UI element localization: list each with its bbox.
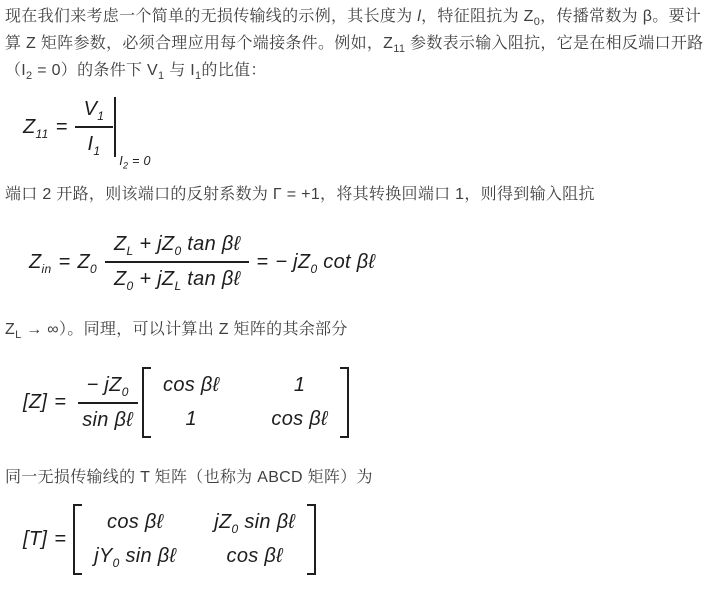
eq4-left-bracket — [73, 504, 82, 575]
eq2-lhs: Zin — [29, 250, 51, 275]
eq3-left-bracket — [142, 367, 151, 438]
eq4-matrix-cells: cos βℓ jZ0 sin βℓ jY0 sin βℓ cos βℓ — [82, 504, 307, 575]
eq3-numerator: − jZ0 — [78, 373, 138, 404]
eq2-denominator: Z0 + jZL tan βℓ — [105, 263, 249, 292]
equation-z11: Z11 = V1 I1 I2 = 0 — [23, 97, 714, 157]
eq2-equals-sign-b: = — [256, 250, 268, 275]
eq1-evaluation-bar: I2 = 0 — [114, 97, 151, 157]
eq1-condition: I2 = 0 — [116, 154, 151, 170]
eq1-fraction: V1 I1 — [75, 97, 114, 157]
eq3-matrix: cos βℓ 1 1 cos βℓ — [142, 367, 349, 438]
eq4-cell-r1c1: cos βℓ — [94, 510, 176, 535]
eq3-equals-sign: = — [54, 390, 66, 415]
equation-z-matrix: [Z] = − jZ0 sin βℓ cos βℓ 1 1 cos βℓ — [23, 367, 714, 438]
eq3-cell-r1c1: cos βℓ — [163, 373, 219, 398]
paragraph-zl-infinity: ZL → ∞）。同理，可以计算出 Z 矩阵的其余部分 — [5, 316, 714, 343]
eq2-coefficient: Z0 — [77, 250, 97, 275]
eq4-matrix: cos βℓ jZ0 sin βℓ jY0 sin βℓ cos βℓ — [73, 504, 316, 575]
eq4-cell-r2c2: cos βℓ — [214, 544, 295, 569]
eq4-lhs: [T] — [23, 527, 47, 552]
eq1-numerator: V1 — [75, 97, 114, 128]
paragraph-intro: 现在我们来考虑一个简单的无损传输线的示例，其长度为 l，特征阻抗为 Z0，传播常… — [5, 3, 714, 84]
eq2-rhs: − jZ0 cot βℓ — [275, 250, 375, 275]
eq3-matrix-cells: cos βℓ 1 1 cos βℓ — [151, 367, 340, 438]
eq2-fraction: ZL + jZ0 tan βℓ Z0 + jZL tan βℓ — [105, 232, 249, 292]
eq3-fraction: − jZ0 sin βℓ — [73, 373, 142, 433]
eq3-right-bracket — [340, 367, 349, 438]
equation-zin: Zin = Z0 ZL + jZ0 tan βℓ Z0 + jZL tan βℓ… — [29, 232, 714, 292]
paragraph-t-matrix-intro: 同一无损传输线的 T 矩阵（也称为 ABCD 矩阵）为 — [5, 464, 714, 491]
eq4-cell-r1c2: jZ0 sin βℓ — [214, 510, 295, 535]
eq1-denominator: I1 — [78, 128, 109, 157]
eq1-lhs: Z11 — [23, 115, 49, 140]
eq3-lhs: [Z] — [23, 390, 47, 415]
eq3-cell-r2c2: cos βℓ — [271, 407, 327, 432]
equation-t-matrix: [T] = cos βℓ jZ0 sin βℓ jY0 sin βℓ cos β… — [23, 504, 714, 575]
eq2-numerator: ZL + jZ0 tan βℓ — [105, 232, 249, 263]
eq2-equals-sign-a: = — [58, 250, 70, 275]
eq3-cell-r2c1: 1 — [163, 407, 219, 432]
eq3-cell-r1c2: 1 — [271, 373, 327, 398]
eq1-equals-sign: = — [56, 115, 68, 140]
eq4-cell-r2c1: jY0 sin βℓ — [94, 544, 176, 569]
eq3-denominator: sin βℓ — [73, 404, 142, 433]
eq4-right-bracket — [307, 504, 316, 575]
document-page: 现在我们来考虑一个简单的无损传输线的示例，其长度为 l，特征阻抗为 Z0，传播常… — [0, 0, 720, 600]
paragraph-port2-open: 端口 2 开路，则该端口的反射系数为 Γ = +1，将其转换回端口 1，则得到输… — [5, 181, 714, 208]
eq4-equals-sign: = — [54, 527, 66, 552]
